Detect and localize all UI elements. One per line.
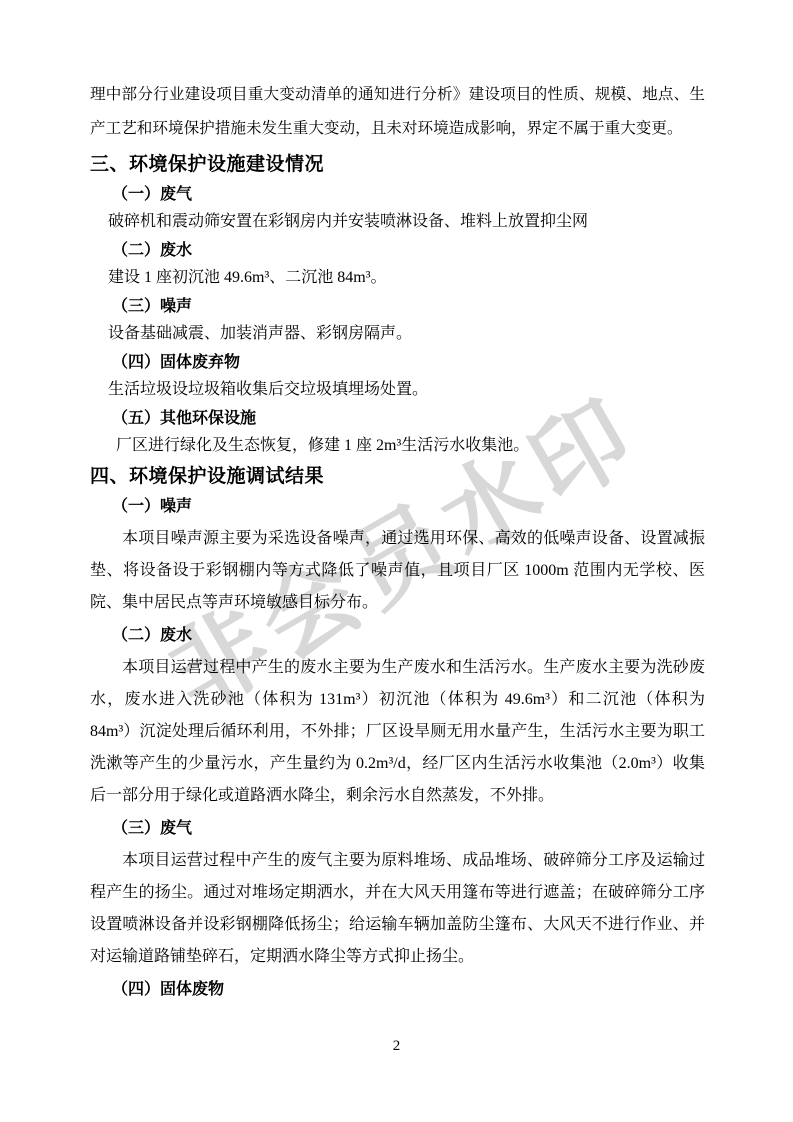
section-3-item-4-heading: （四）固体废弃物 xyxy=(90,352,705,374)
document-page: 非会员水印 理中部分行业建设项目重大变动清单的通知进行分析》建设项目的性质、规模… xyxy=(0,0,793,1122)
page-number: 2 xyxy=(0,1038,793,1055)
section-3-item-4-body: 生活垃圾设垃圾箱收集后交垃圾填埋场处置。 xyxy=(90,379,705,401)
section-3-title: 三、环境保护设施建设情况 xyxy=(90,152,705,178)
section-3-item-2-heading: （二）废水 xyxy=(90,240,705,262)
section-4-item-2-heading: （二）废水 xyxy=(90,625,705,647)
intro-paragraph: 理中部分行业建设项目重大变动清单的通知进行分析》建设项目的性质、规模、地点、生产… xyxy=(90,78,705,146)
section-3-item-5-body: 厂区进行绿化及生态恢复，修建 1 座 2m³生活污水收集池。 xyxy=(90,435,705,457)
section-3-item-5-heading: （五）其他环保设施 xyxy=(90,408,705,430)
section-4-item-2-body: 本项目运营过程中产生的废水主要为生产废水和生活污水。生产废水主要为洗砂废水，废水… xyxy=(90,652,705,812)
page-content: 理中部分行业建设项目重大变动清单的通知进行分析》建设项目的性质、规模、地点、生产… xyxy=(0,0,793,1001)
section-4-item-3-body: 本项目运营过程中产生的废气主要为原料堆场、成品堆场、破碎筛分工序及运输过程产生的… xyxy=(90,845,705,973)
section-4-title: 四、环境保护设施调试结果 xyxy=(90,464,705,490)
section-3-item-3-body: 设备基础减震、加装消声器、彩钢房隔声。 xyxy=(90,323,705,345)
section-4-item-1-heading: （一）噪声 xyxy=(90,496,705,518)
section-3-item-1-heading: （一）废气 xyxy=(90,184,705,206)
section-4-item-3-heading: （三）废气 xyxy=(90,818,705,840)
section-4-item-1-body: 本项目噪声源主要为采选设备噪声，通过选用环保、高效的低噪声设备、设置减振垫、将设… xyxy=(90,523,705,619)
section-3-item-1-body: 破碎机和震动筛安置在彩钢房内并安装喷淋设备、堆料上放置抑尘网 xyxy=(90,211,705,233)
section-3-item-3-heading: （三）噪声 xyxy=(90,296,705,318)
section-4-item-4-heading: （四）固体废物 xyxy=(90,979,705,1001)
section-3-item-2-body: 建设 1 座初沉池 49.6m³、二沉池 84m³。 xyxy=(90,267,705,289)
